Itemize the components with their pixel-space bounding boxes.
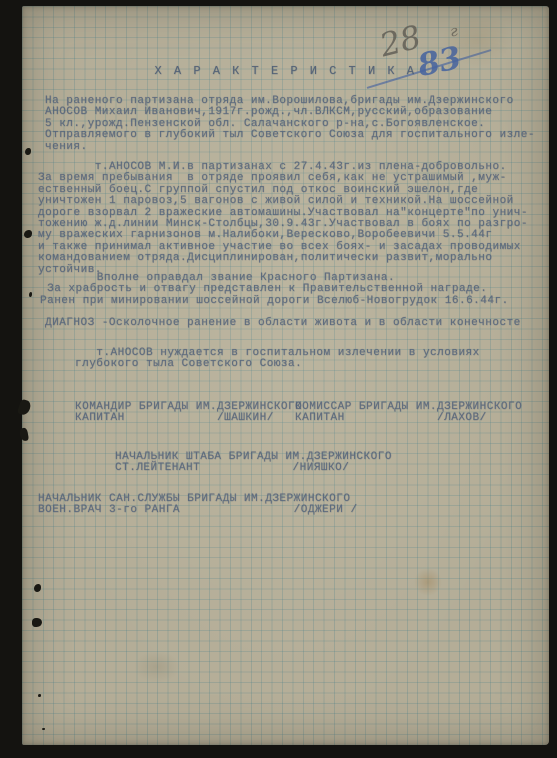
handwritten-tick-mark: г — [449, 22, 459, 41]
ink-blot — [24, 230, 32, 238]
punch-hole-mark — [32, 618, 42, 627]
paragraph-diagnosis: ДИАГНОЗ -Осколочное ранение в области жи… — [45, 318, 521, 329]
paper-stain — [414, 568, 442, 596]
ink-speck — [29, 292, 32, 297]
ink-blot — [25, 148, 31, 155]
signature-block-commissar: КОМИССАР БРИГАДЫ ИМ.ДЗЕРЖИНСКОГО КАПИТАН… — [295, 402, 522, 425]
paragraph-award-and-wound: Вполне оправдал звание Красного Партизан… — [40, 273, 509, 307]
document-title: Х А Р А К Т Е Р И С Т И К А — [22, 66, 549, 77]
ink-scribble — [17, 399, 32, 417]
signature-block-chief-of-staff: НАЧАЛЬНИК ШТАБА БРИГАДЫ ИМ.ДЗЕРЖИНСКОГО … — [115, 452, 392, 475]
ink-speck — [38, 694, 41, 697]
punch-hole-mark — [34, 584, 41, 592]
signature-block-chief-medical: НАЧАЛЬНИК САН.СЛУЖБЫ БРИГАДЫ ИМ.ДЗЕРЖИНС… — [38, 494, 358, 517]
paper-stain — [134, 651, 180, 683]
ink-scribble — [19, 427, 29, 441]
signature-block-commander: КОМАНДИР БРИГАДЫ ИМ.ДЗЕРЖИНСКОГО КАПИТАН… — [75, 402, 302, 425]
paragraph-subject-intro: На раненого партизана отряда им.Ворошило… — [45, 96, 535, 153]
paragraph-conclusion: т.АНОСОВ нуждается в госпитальном излече… — [75, 348, 480, 371]
document-scan-paper: 28 г 83 Х А Р А К Т Е Р И С Т И К А На р… — [22, 6, 549, 745]
handwritten-number-ink: 83 — [415, 40, 465, 84]
ink-speck — [42, 728, 45, 730]
paragraph-combat-record: т.АНОСОВ М.И.в партизанах с 27.4.43г.из … — [38, 162, 528, 276]
